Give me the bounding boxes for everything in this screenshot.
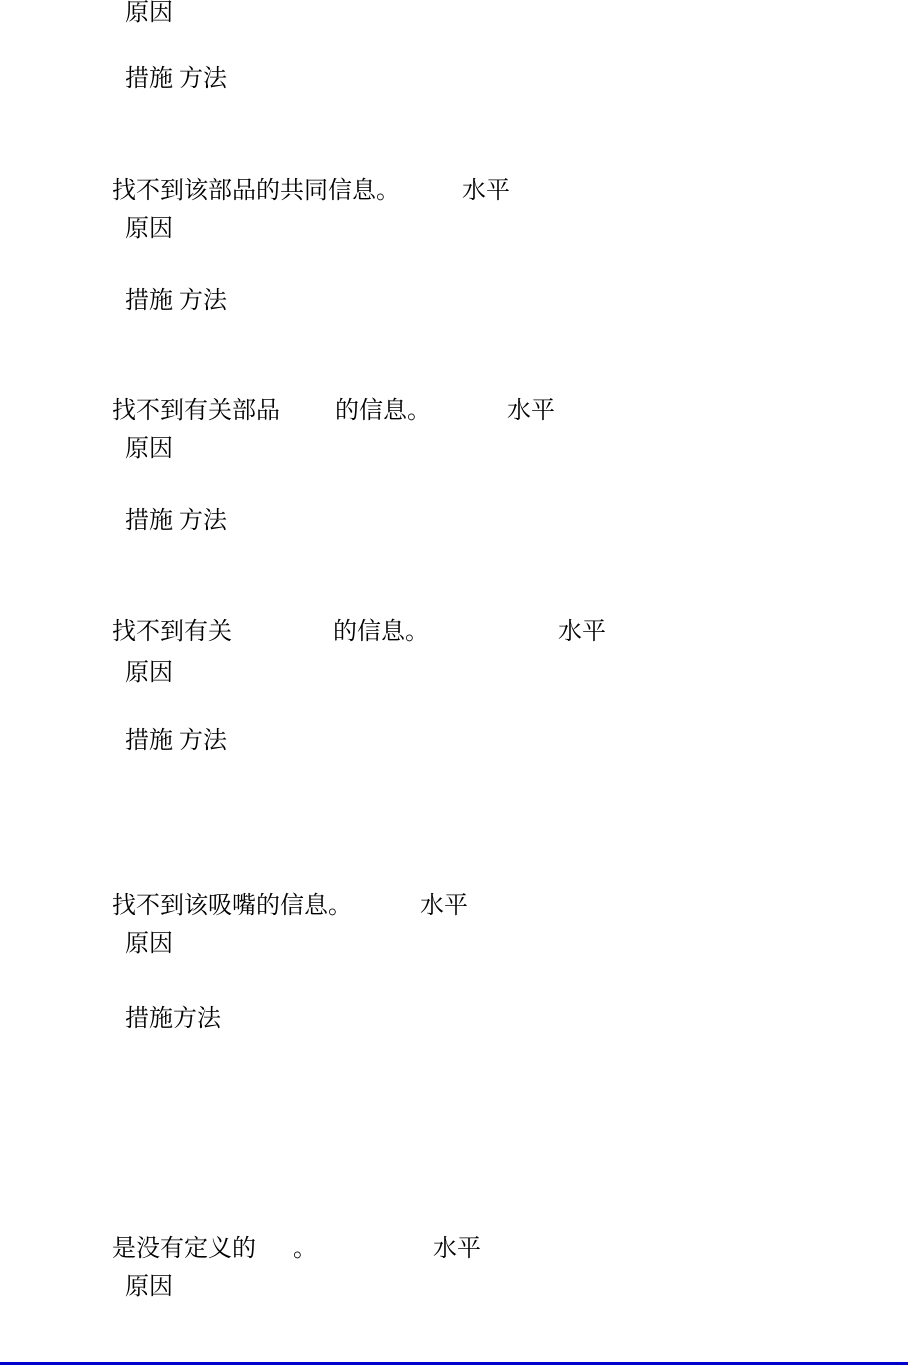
error-message-suffix: 的信息。 — [333, 619, 429, 645]
level-label: 水平 — [558, 619, 606, 645]
measures-label: 措施 方法 — [125, 66, 227, 92]
document-page: 原因 措施 方法 找不到该部品的共同信息。 水平 原因 措施 方法 找不到有关部… — [0, 0, 913, 1369]
level-label: 水平 — [433, 1236, 481, 1262]
error-message-suffix: 。 — [293, 1236, 317, 1262]
level-label: 水平 — [462, 178, 510, 204]
cause-label: 原因 — [125, 436, 173, 462]
cause-label: 原因 — [125, 660, 173, 686]
error-message-prefix: 是没有定义的 — [112, 1236, 256, 1262]
cause-label: 原因 — [125, 216, 173, 242]
error-message: 找不到该部品的共同信息。 — [112, 178, 400, 204]
error-message: 找不到该吸嘴的信息。 — [112, 893, 352, 919]
page-bottom-divider — [0, 1362, 908, 1365]
error-message-suffix: 的信息。 — [335, 398, 431, 424]
error-message-prefix: 找不到有关部品 — [112, 398, 280, 424]
cause-label: 原因 — [125, 0, 173, 26]
error-message-prefix: 找不到有关 — [112, 619, 232, 645]
level-label: 水平 — [507, 398, 555, 424]
cause-label: 原因 — [125, 1274, 173, 1300]
measures-label: 措施 方法 — [125, 728, 227, 754]
cause-label: 原因 — [125, 931, 173, 957]
measures-label: 措施方法 — [125, 1006, 221, 1032]
measures-label: 措施 方法 — [125, 288, 227, 314]
measures-label: 措施 方法 — [125, 508, 227, 534]
level-label: 水平 — [420, 893, 468, 919]
